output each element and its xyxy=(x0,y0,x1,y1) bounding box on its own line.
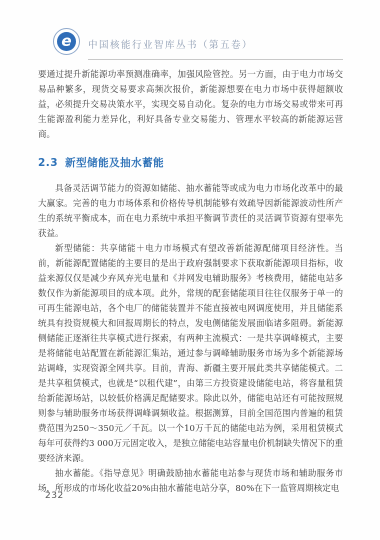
section-number: 2.3 xyxy=(38,157,58,169)
paragraph-flexible-resources: 具备灵活调节能力的资源如储能、抽水蓄能等或成为电力市场化改革中的最大赢家。完善的… xyxy=(38,182,343,242)
body-text: 要通过提升新能源功率预测准确率，加强风险管控。另一方面，由于电力市场交易品种繁多… xyxy=(38,68,343,497)
page-header: e 中国核能行业智库丛书（第五卷） xyxy=(38,27,343,57)
section-heading: 2.3新型储能及抽水蓄能 xyxy=(38,156,343,171)
book-page: e 中国核能行业智库丛书（第五卷） 要通过提升新能源功率预测准确率，加强风险管控… xyxy=(0,0,380,540)
paragraph-new-energy-storage: 新型储能：共享储能＋电力市场模式有望改善新能源配储项目经济性。当前，新能源配置储… xyxy=(38,242,343,467)
paragraph-pumped-storage: 抽水蓄能。《指导意见》明确鼓励抽水蓄能电站参与现货市场和辅助服务市场，所形成的市… xyxy=(38,467,343,497)
paragraph-market-trading: 要通过提升新能源功率预测准确率，加强风险管控。另一方面，由于电力市场交易品种繁多… xyxy=(38,68,343,143)
cnea-logo-icon: e xyxy=(53,28,80,55)
logo-swirl-glyph: e xyxy=(57,32,76,51)
page-content: e 中国核能行业智库丛书（第五卷） 要通过提升新能源功率预测准确率，加强风险管控… xyxy=(38,0,343,497)
section-title: 新型储能及抽水蓄能 xyxy=(65,157,164,169)
series-title: 中国核能行业智库丛书（第五卷） xyxy=(88,40,253,51)
header-rule: 中国核能行业智库丛书（第五卷） xyxy=(88,27,343,60)
page-number: 232 xyxy=(45,491,64,501)
